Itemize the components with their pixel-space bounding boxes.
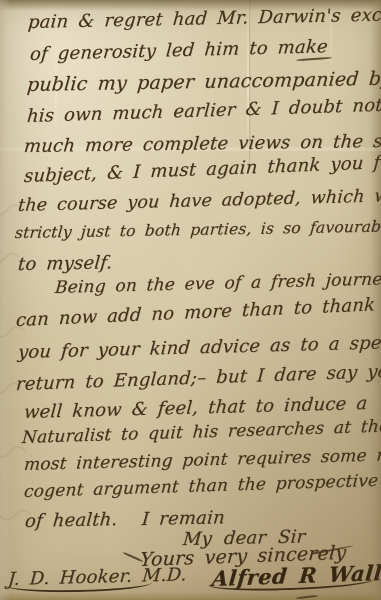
letter-line: you for your kind advice as to a speedy xyxy=(17,332,381,363)
letter-line: public my paper unaccompanied by xyxy=(26,68,381,96)
letter-line: much more complete views on the same xyxy=(23,130,381,157)
letter-line: of generosity led him to make xyxy=(29,36,329,65)
letter-line: the course you have adopted, which while xyxy=(17,185,381,216)
letter-line: subject, & I must again thank you for xyxy=(23,152,381,188)
letter-line: can now add no more than to thank xyxy=(15,294,375,331)
letter-line: cogent argument than the prospective los… xyxy=(23,469,381,502)
letter-line: to myself. xyxy=(17,252,113,275)
letter-line: his own much earlier & I doubt not xyxy=(26,95,381,127)
letter-line: return to England;– but I dare say you xyxy=(15,361,381,395)
letter-i-remain: I remain xyxy=(141,507,226,530)
letter-page: pain & regret had Mr. Darwin's excess of… xyxy=(0,0,381,600)
letter-line: most interesting point requires some mor… xyxy=(23,445,381,475)
paper-bottom-edge-shadow xyxy=(0,592,381,600)
letter-final-words: of health. xyxy=(24,509,118,532)
letter-line: strictly just to both parties, is so fav… xyxy=(14,217,381,242)
paper-left-edge-highlight xyxy=(0,0,10,600)
